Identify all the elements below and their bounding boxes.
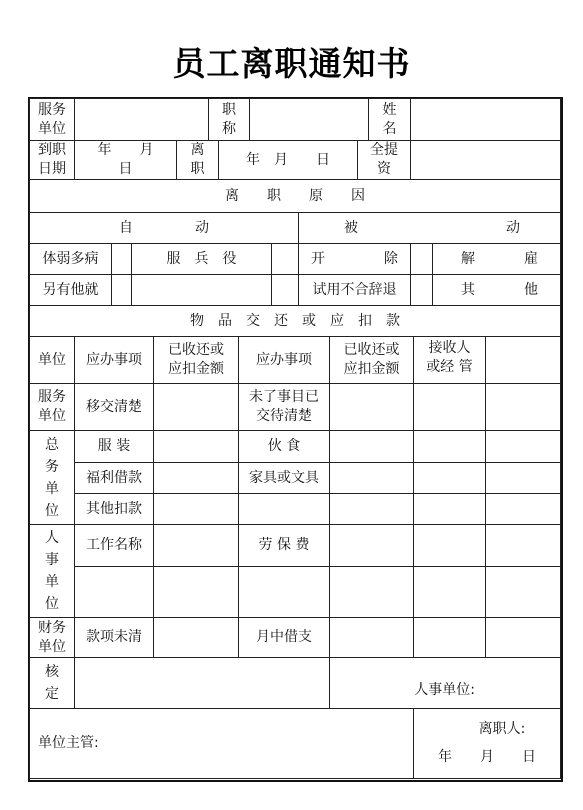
reason-header: 离 职 原 因 (29, 179, 561, 213)
item-other-deduction: 其他扣款 (74, 493, 154, 525)
supervisor-label: 单位主管: (38, 734, 99, 753)
receiver-row-7[interactable] (413, 617, 486, 658)
service-unit-field[interactable] (74, 98, 209, 141)
dismissal-char-1: 开 (311, 250, 325, 269)
voluntary-header: 自 动 (29, 212, 299, 244)
reason-military-checkbox[interactable] (271, 243, 299, 275)
layoff-char-2: 雇 (524, 250, 538, 269)
extra-row-4[interactable] (485, 493, 561, 525)
amount-blank-2[interactable] (153, 566, 239, 618)
item-meals: 伙 食 (238, 430, 330, 463)
full-pay-label: 全提 资 (357, 140, 411, 180)
involuntary-header: 被 动 (298, 212, 561, 244)
extra-row-1[interactable] (485, 383, 561, 431)
amount-job-name[interactable] (153, 524, 239, 567)
extra-row-7[interactable] (485, 617, 561, 658)
job-title-label: 职 称 (208, 98, 250, 141)
item-mid-month-advance: 月中借支 (238, 617, 330, 658)
unit-hr: 人 事 单 位 (29, 524, 75, 618)
reason-probation-label: 试用不合辞退 (298, 274, 411, 306)
approval-field[interactable] (74, 657, 330, 709)
reason-military-label: 服 兵 役 (131, 243, 272, 275)
dismissal-char-2: 除 (384, 250, 398, 269)
item-blank-1[interactable] (238, 493, 330, 525)
name-label: 姓 名 (368, 98, 411, 141)
reason-blank-checkbox[interactable] (271, 274, 299, 306)
name-field[interactable] (410, 98, 561, 141)
reason-other-job-checkbox[interactable] (111, 274, 132, 306)
col-header-task-2: 应办事项 (238, 336, 330, 384)
amount-mid-month-advance[interactable] (329, 617, 414, 658)
hire-date-field[interactable]: 年 月 日 (74, 140, 177, 180)
leaver-date: 年 月 日 (438, 748, 536, 767)
item-welfare-loan: 福利借款 (74, 462, 154, 494)
col-header-unit: 单位 (29, 336, 75, 384)
reason-probation-checkbox[interactable] (410, 274, 433, 306)
reason-layoff-label: 解 雇 (432, 243, 561, 275)
leaver-label: 离职人: (449, 720, 526, 739)
unit-finance: 财务 单位 (29, 617, 75, 658)
hr-unit-label: 人事单位: (414, 681, 475, 700)
hire-date-label: 到职 日期 (29, 140, 75, 180)
item-handover: 移交清楚 (74, 383, 154, 431)
layoff-char-1: 解 (461, 250, 475, 269)
item-job-name: 工作名称 (74, 524, 154, 567)
item-furniture: 家具或文具 (238, 462, 330, 494)
item-blank-2[interactable] (74, 566, 154, 618)
col-header-amount-2: 已收还或 应扣金额 (329, 336, 414, 384)
leave-label: 离 职 (176, 140, 219, 180)
item-pending-matters: 未了事目已 交待清楚 (238, 383, 330, 431)
reason-other-label: 其 他 (432, 274, 561, 306)
service-unit-label: 服务 单位 (29, 98, 75, 141)
reason-other-job-label: 另有他就 (29, 274, 112, 306)
extra-row-2[interactable] (485, 430, 561, 463)
amount-unsettled[interactable] (153, 617, 239, 658)
other-char-2: 他 (524, 281, 538, 300)
hr-unit-cell[interactable]: 人事单位: (329, 657, 561, 709)
leave-date-field[interactable]: 年 月 日 (218, 140, 358, 180)
receiver-row-3[interactable] (413, 462, 486, 494)
extra-row-6[interactable] (485, 566, 561, 618)
page-title: 员工离职通知书 (0, 38, 583, 85)
amount-blank-3[interactable] (329, 566, 414, 618)
involuntary-char-1: 被 (344, 219, 358, 238)
amount-welfare-loan[interactable] (153, 462, 239, 494)
approval-label: 核 定 (29, 657, 75, 709)
col-header-receiver: 接收人 或经 管 (413, 336, 486, 384)
receiver-row-6[interactable] (413, 566, 486, 618)
amount-handover[interactable] (153, 383, 239, 431)
reason-dismissal-checkbox[interactable] (410, 243, 433, 275)
item-blank-3[interactable] (238, 566, 330, 618)
involuntary-char-2: 动 (506, 219, 520, 238)
amount-blank-1[interactable] (329, 493, 414, 525)
voluntary-char-1: 自 (119, 219, 133, 238)
amount-pending-matters[interactable] (329, 383, 414, 431)
other-char-1: 其 (461, 281, 475, 300)
amount-furniture[interactable] (329, 462, 414, 494)
reason-illness-label: 体弱多病 (29, 243, 112, 275)
full-pay-field[interactable] (410, 140, 561, 180)
receiver-row-2[interactable] (413, 430, 486, 463)
supervisor-cell[interactable]: 单位主管: (29, 708, 414, 779)
receiver-row-5[interactable] (413, 524, 486, 567)
amount-meals[interactable] (329, 430, 414, 463)
extra-row-3[interactable] (485, 462, 561, 494)
leaver-cell[interactable]: 离职人: 年 月 日 (413, 708, 561, 779)
col-header-amount-1: 已收还或 应扣金额 (153, 336, 239, 384)
reason-illness-checkbox[interactable] (111, 243, 132, 275)
job-title-field[interactable] (249, 98, 369, 141)
amount-labor-insurance[interactable] (329, 524, 414, 567)
item-labor-insurance: 劳 保 费 (238, 524, 330, 567)
col-header-task-1: 应办事项 (74, 336, 154, 384)
voluntary-char-2: 动 (195, 219, 209, 238)
receiver-row-4[interactable] (413, 493, 486, 525)
extra-row-5[interactable] (485, 524, 561, 567)
col-header-blank (485, 336, 561, 384)
items-header: 物 品 交 还 或 应 扣 款 (29, 305, 561, 337)
item-unsettled: 款项未清 (74, 617, 154, 658)
reason-dismissal-label: 开 除 (298, 243, 411, 275)
unit-general-affairs: 总 务 单 位 (29, 430, 75, 525)
unit-service: 服务 单位 (29, 383, 75, 431)
amount-other-deduction[interactable] (153, 493, 239, 525)
reason-blank-field[interactable] (131, 274, 272, 306)
item-uniform: 服 装 (74, 430, 154, 463)
amount-uniform[interactable] (153, 430, 239, 463)
receiver-row-1[interactable] (413, 383, 486, 431)
